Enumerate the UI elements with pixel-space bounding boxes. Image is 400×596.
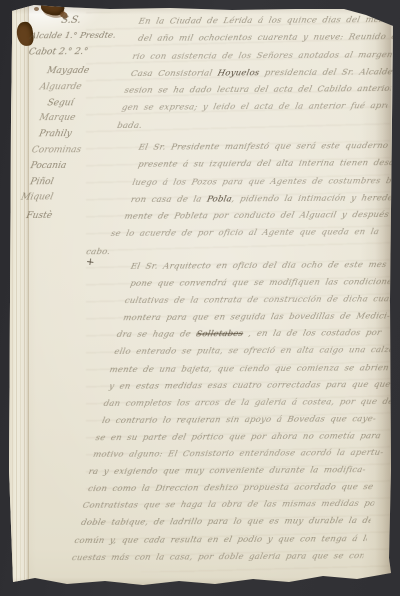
handwriting-line: motivo alguno: El Consistorio enterándos… <box>91 445 386 464</box>
handwriting-line: se en su parte del pórtico que por ahora… <box>94 428 390 447</box>
handwriting-line: mente de Pobleta por conducto del Alguac… <box>122 207 392 226</box>
margin-session-header: S.S. Alcalde 1.° Presdte. Cabot 2.° 2.° <box>25 13 133 62</box>
ink-blot <box>34 7 39 11</box>
handwriting-line: mente de una bajeta, que ciendo que comi… <box>108 360 400 379</box>
attendee-name: Fustè <box>24 209 114 225</box>
handwriting-line: luego á los Pozos para que Agentes de co… <box>131 173 400 192</box>
handwriting-line: lo contrario lo requieran sin apoyo á Bo… <box>100 411 393 430</box>
handwriting-line: pone que convendrá que se modifiquen las… <box>128 274 400 293</box>
handwriting-line: dan completos los arcos de la galeria á … <box>102 394 397 413</box>
handwriting-line: En la Ciudad de Lérida á los quince dias… <box>137 12 400 31</box>
line-segment: , pidiendo la intimación y herede- <box>231 193 396 204</box>
strikethrough-word: Solletabes <box>195 330 244 340</box>
handwriting-line: El Sr. Presidente manifestó que será est… <box>137 138 400 157</box>
handwriting-line: sesion se ha dado lectura del acta del C… <box>122 81 392 100</box>
line-segment: , en la de los costados por <box>242 329 382 340</box>
handwriting-line: se lo acuerde de por oficio al Agente qu… <box>109 225 389 244</box>
handwriting-line: cultativas de la contrata de construcció… <box>123 291 400 310</box>
handwriting-line: y en estas medidas esas cuatro correctad… <box>107 377 400 396</box>
handwriting-line: dra se haga de Solletabes , en la de los… <box>115 325 400 344</box>
handwriting-line: bada. <box>115 116 385 135</box>
handwriting-line: común y, que cada resulta en el podio y … <box>73 530 369 549</box>
attendee-name: Corominas <box>30 143 128 159</box>
attendee-name: Pocania <box>29 158 125 174</box>
handwriting-line: cuestas más con la casa, por doble galer… <box>70 548 365 567</box>
dark-ink-word: Pobla <box>206 194 233 204</box>
bottom-edge-shadow <box>0 574 400 596</box>
handwriting-line: ron casa de la Pobla, pidiendo la intima… <box>129 190 396 209</box>
line-segment: dra se haga de <box>116 330 197 341</box>
handwriting-line: Casa Consistorial Hoyuelos presidencia d… <box>129 64 396 83</box>
handwriting-line: presente á su izquierda del alta interin… <box>136 155 400 174</box>
handwriting-line: montera para que en seguida las bovedill… <box>121 308 400 327</box>
paragraph-cross-mark: + <box>85 256 95 268</box>
line-segment: presidencia del Sr. Alcalde D. José en d… <box>258 66 396 78</box>
line-segment: Casa Consistorial <box>130 68 219 79</box>
handwriting-line: ello enterado se pulta, se ofreció en al… <box>112 342 400 361</box>
margin-header-line: S.S. <box>60 13 133 28</box>
margin-header-line: Alcalde 1.° Presdte. <box>28 28 129 45</box>
handwriting-line: El Sr. Arquitecto en oficio del dia ocho… <box>129 257 400 276</box>
paragraph-opening: En la Ciudad de Lérida á los quince dias… <box>115 12 400 135</box>
handwriting-line: rio con asistencia de los Señores anotad… <box>131 47 400 66</box>
paragraph-president: El Sr. Presidente manifestó que será est… <box>115 138 400 261</box>
handwriting-line: cion como la Direccion deshizo propuesta… <box>86 479 379 498</box>
handwriting-line: Contratistas que se haga la obra de las … <box>81 496 376 515</box>
line-segment: ron casa de la <box>130 194 208 205</box>
handwriting-line: gen se expresa; y leido el acta de la an… <box>120 99 389 118</box>
handwriting-line: del año mil ochocientos cuarenta y nueve… <box>136 29 400 48</box>
handwriting-line: ra y exigiendo que muy conveniente duran… <box>87 462 383 481</box>
manuscript-page: S.S. Alcalde 1.° Presdte. Cabot 2.° 2.° … <box>0 0 400 596</box>
margin-header-line: Cabot 2.° 2.° <box>27 44 127 62</box>
scan-background: S.S. Alcalde 1.° Presdte. Cabot 2.° 2.° … <box>0 0 400 596</box>
attendee-name: Miquel <box>19 190 118 206</box>
binding-edge <box>8 0 29 596</box>
handwriting-line: doble tabique, de ladrillo para lo que e… <box>79 513 372 532</box>
dark-ink-word: Hoyuelos <box>217 68 261 78</box>
attendee-name: Piñol <box>29 174 122 190</box>
